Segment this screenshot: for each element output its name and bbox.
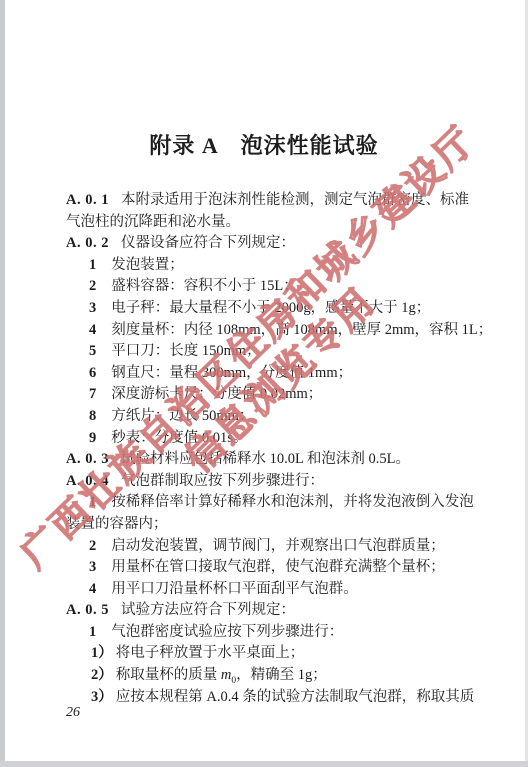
clause-text: 试验方法应符合下列规定： [121, 602, 295, 618]
item-text: 气泡群密度试验应按下列步骤进行： [111, 624, 343, 640]
list-item-continuation: 装置的容器内； [66, 514, 468, 536]
item-number: 3 [89, 559, 96, 575]
subitem-number: 1） [91, 645, 113, 661]
item-number: 6 [89, 365, 96, 381]
list-item: 4刻度量杯：内径 108mm，高 108mm，壁厚 2mm，容积 1L； [66, 320, 468, 342]
list-item: 9秒表：分度值 0.01s。 [66, 428, 468, 450]
clause-label: A. 0. 3 [66, 451, 109, 467]
item-number: 1 [89, 494, 96, 510]
item-text: 用平口刀沿量杯杯口平面刮平气泡群。 [111, 581, 358, 597]
list-item: 1按稀释倍率计算好稀释水和泡沫剂，并将发泡液倒入发泡 [66, 492, 468, 514]
clause-text: 试验材料应包括稀释水 10.0L 和泡沫剂 0.5L。 [121, 451, 410, 467]
clause-label: A. 0. 2 [66, 235, 109, 251]
item-text: 刻度量杯：内径 108mm，高 108mm，壁厚 2mm，容积 1L； [111, 322, 492, 338]
item-text: 发泡装置； [111, 257, 184, 273]
subitem-text: 称取量杯的质量 m0，精确至 1g； [116, 667, 327, 683]
list-item: 3电子秤：最大量程不小于 2000g，感量不大于 1g； [66, 298, 468, 320]
item-number: 4 [89, 581, 96, 597]
subitem-number: 3） [91, 689, 113, 705]
item-text: 盛料容器：容积不小于 15L； [111, 278, 297, 294]
item-text: 深度游标卡尺：分度值 0.02mm； [111, 386, 322, 402]
subitem-number: 2） [91, 667, 113, 683]
sublist-item: 1）将电子秤放置于水平桌面上； [66, 643, 468, 665]
item-number: 2 [89, 278, 96, 294]
page-number: 26 [66, 705, 80, 721]
item-text: 电子秤：最大量程不小于 2000g，感量不大于 1g； [111, 300, 430, 316]
scan-edge-left [0, 0, 5, 767]
clause-text: 气泡柱的沉降距和泌水量。 [66, 214, 240, 230]
list-item: 1气泡群密度试验应按下列步骤进行： [66, 622, 468, 644]
item-text: 平口刀：长度 150mm； [111, 343, 260, 359]
document-body: A. 0. 1本附录适用于泡沫剂性能检测，测定气泡群密度、标准 气泡柱的沉降距和… [66, 190, 468, 708]
clause-label: A. 0. 1 [66, 192, 109, 208]
subitem-text-pre: 称取量杯的质量 [116, 667, 221, 683]
item-number: 7 [89, 386, 96, 402]
list-item: 4用平口刀沿量杯杯口平面刮平气泡群。 [66, 579, 468, 601]
sublist-item: 2）称取量杯的质量 m0，精确至 1g； [66, 665, 468, 687]
item-number: 4 [89, 322, 96, 338]
clause-label: A. 0. 4 [66, 473, 109, 489]
subitem-text-post: ，精确至 1g； [236, 667, 327, 683]
item-number: 1 [89, 624, 96, 640]
item-number: 2 [89, 538, 96, 554]
clause-text: 本附录适用于泡沫剂性能检测，测定气泡群密度、标准 [121, 192, 469, 208]
sublist-item: 3）应按本规程第 A.0.4 条的试验方法制取气泡群，称取其质 [66, 687, 468, 709]
subitem-text: 将电子秤放置于水平桌面上； [116, 645, 305, 661]
variable-symbol: m [221, 667, 231, 683]
item-text: 秒表：分度值 0.01s。 [111, 430, 247, 446]
item-number: 5 [89, 343, 96, 359]
list-item: 5平口刀：长度 150mm； [66, 341, 468, 363]
clause-a01-line2: 气泡柱的沉降距和泌水量。 [66, 212, 468, 234]
item-text: 装置的容器内； [66, 516, 168, 532]
list-item: 3用量杯在管口接取气泡群，使气泡群充满整个量杯； [66, 557, 468, 579]
item-text: 用量杯在管口接取气泡群，使气泡群充满整个量杯； [111, 559, 445, 575]
item-number: 3 [89, 300, 96, 316]
scan-edge-bottom [0, 761, 528, 767]
item-text: 启动发泡装置，调节阀门，并观察出口气泡群质量； [111, 538, 445, 554]
clause-a03: A. 0. 3试验材料应包括稀释水 10.0L 和泡沫剂 0.5L。 [66, 449, 468, 471]
list-item: 2盛料容器：容积不小于 15L； [66, 276, 468, 298]
item-text: 按稀释倍率计算好稀释水和泡沫剂，并将发泡液倒入发泡 [111, 494, 474, 510]
clause-label: A. 0. 5 [66, 602, 109, 618]
clause-a04: A. 0. 4气泡群制取应按下列步骤进行： [66, 471, 468, 493]
clause-a02: A. 0. 2仪器设备应符合下列规定： [66, 233, 468, 255]
item-text: 方纸片：边长 50mm； [111, 408, 253, 424]
list-item: 8方纸片：边长 50mm； [66, 406, 468, 428]
list-item: 7深度游标卡尺：分度值 0.02mm； [66, 384, 468, 406]
subitem-text: 应按本规程第 A.0.4 条的试验方法制取气泡群，称取其质 [116, 689, 474, 705]
appendix-title: 附录 A 泡沫性能试验 [0, 129, 528, 160]
clause-a05: A. 0. 5试验方法应符合下列规定： [66, 600, 468, 622]
list-item: 1发泡装置； [66, 255, 468, 277]
list-item: 2启动发泡装置，调节阀门，并观察出口气泡群质量； [66, 536, 468, 558]
clause-text: 仪器设备应符合下列规定： [121, 235, 295, 251]
list-item: 6钢直尺：量程 300mm，分度值 1mm； [66, 363, 468, 385]
item-number: 9 [89, 430, 96, 446]
document-page: 附录 A 泡沫性能试验 A. 0. 1本附录适用于泡沫剂性能检测，测定气泡群密度… [0, 0, 528, 767]
item-text: 钢直尺：量程 300mm，分度值 1mm； [111, 365, 352, 381]
clause-text: 气泡群制取应按下列步骤进行： [121, 473, 324, 489]
clause-a01-line1: A. 0. 1本附录适用于泡沫剂性能检测，测定气泡群密度、标准 [66, 190, 468, 212]
item-number: 1 [89, 257, 96, 273]
item-number: 8 [89, 408, 96, 424]
